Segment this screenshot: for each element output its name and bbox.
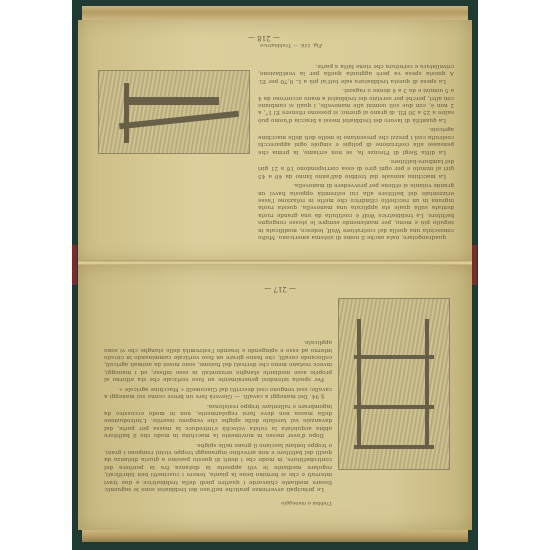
- ribbon-marker: [472, 245, 477, 285]
- body-text: Le principali avvertenze pratiche nell'u…: [104, 338, 332, 492]
- page-block-edge: [82, 528, 468, 542]
- engraving-threshing-machine: [98, 70, 250, 154]
- page-217: — 217 — Trebbia a maneggio Le principali…: [78, 265, 472, 530]
- ribbon-marker: [72, 245, 77, 285]
- page-number: — 217 —: [264, 285, 296, 293]
- body-text: quadrangolare, nata anche il nome di sis…: [258, 62, 454, 240]
- figure-caption: Trebbia a maneggio: [281, 500, 332, 506]
- engraving-horse-gin: [338, 298, 450, 470]
- figure-caption: Fig. 116. — Trebbiatrice: [260, 42, 322, 48]
- page-number: — 218 —: [248, 34, 280, 42]
- page-218: — 218 — Fig. 116. — Trebbiatrice quadran…: [78, 20, 472, 262]
